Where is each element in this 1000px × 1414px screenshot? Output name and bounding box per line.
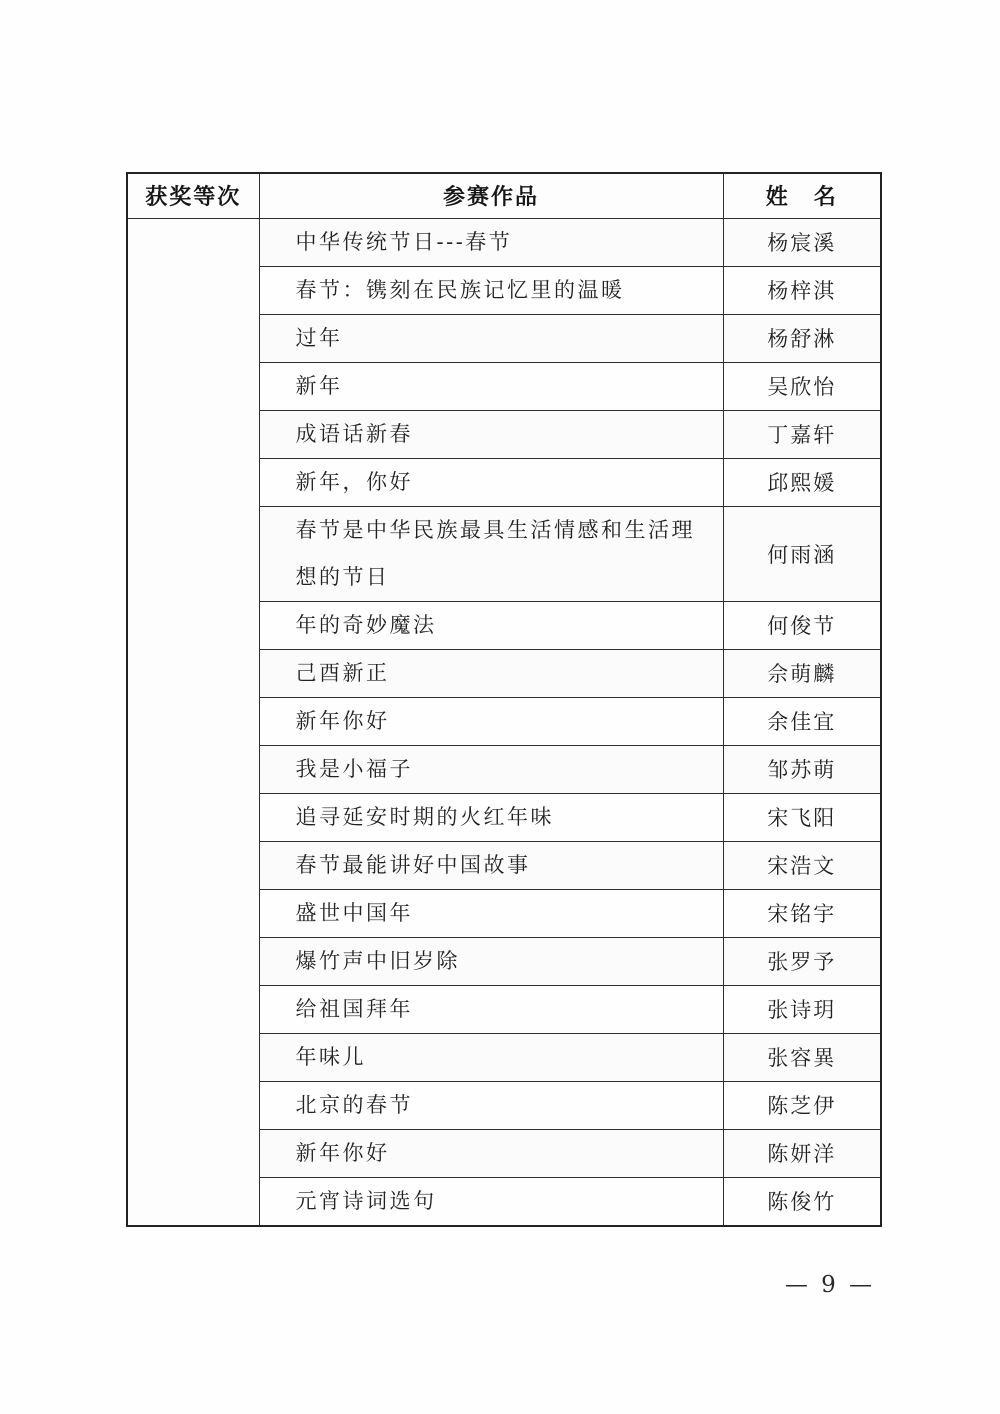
work-cell: 北京的春节 bbox=[259, 1081, 723, 1129]
name-cell: 张容異 bbox=[723, 1033, 881, 1081]
name-cell: 陈俊竹 bbox=[723, 1177, 881, 1226]
name-cell: 宋浩文 bbox=[723, 841, 881, 889]
name-cell: 邹苏萌 bbox=[723, 745, 881, 793]
work-cell: 元宵诗词选句 bbox=[259, 1177, 723, 1226]
header-entry-work: 参赛作品 bbox=[259, 173, 723, 218]
work-cell: 年味儿 bbox=[259, 1033, 723, 1081]
name-cell: 佘萌麟 bbox=[723, 649, 881, 697]
work-cell: 新年你好 bbox=[259, 697, 723, 745]
work-cell: 给祖国拜年 bbox=[259, 985, 723, 1033]
award-results-table: 获奖等次 参赛作品 姓 名 中华传统节日---春节 杨宸溪 春节：镌刻在民族记忆… bbox=[126, 172, 882, 1227]
name-cell: 吴欣怡 bbox=[723, 362, 881, 410]
name-cell: 丁嘉轩 bbox=[723, 410, 881, 458]
work-cell: 年的奇妙魔法 bbox=[259, 601, 723, 649]
name-cell: 何俊节 bbox=[723, 601, 881, 649]
document-page: 获奖等次 参赛作品 姓 名 中华传统节日---春节 杨宸溪 春节：镌刻在民族记忆… bbox=[0, 0, 1000, 1414]
header-award-level: 获奖等次 bbox=[127, 173, 259, 218]
work-cell: 追寻延安时期的火红年味 bbox=[259, 793, 723, 841]
name-cell: 陈妍洋 bbox=[723, 1129, 881, 1177]
award-level-merged-cell bbox=[127, 218, 259, 1226]
table-header-row: 获奖等次 参赛作品 姓 名 bbox=[127, 173, 881, 218]
name-cell: 杨宸溪 bbox=[723, 218, 881, 266]
work-cell: 中华传统节日---春节 bbox=[259, 218, 723, 266]
name-cell: 何雨涵 bbox=[723, 506, 881, 601]
work-cell: 成语话新春 bbox=[259, 410, 723, 458]
name-cell: 杨舒淋 bbox=[723, 314, 881, 362]
work-cell: 过年 bbox=[259, 314, 723, 362]
table-row: 中华传统节日---春节 杨宸溪 bbox=[127, 218, 881, 266]
name-cell: 杨梓淇 bbox=[723, 266, 881, 314]
name-cell: 宋铭宇 bbox=[723, 889, 881, 937]
work-cell: 新年，你好 bbox=[259, 458, 723, 506]
work-cell: 盛世中国年 bbox=[259, 889, 723, 937]
work-cell: 新年 bbox=[259, 362, 723, 410]
header-name: 姓 名 bbox=[723, 173, 881, 218]
work-cell: 春节最能讲好中国故事 bbox=[259, 841, 723, 889]
work-cell: 己酉新正 bbox=[259, 649, 723, 697]
work-cell: 新年你好 bbox=[259, 1129, 723, 1177]
work-cell: 我是小福子 bbox=[259, 745, 723, 793]
work-cell: 春节是中华民族最具生活情感和生活理想的节日 bbox=[259, 506, 723, 601]
name-cell: 张诗玥 bbox=[723, 985, 881, 1033]
page-number: — 9 — bbox=[770, 1272, 890, 1298]
name-cell: 余佳宜 bbox=[723, 697, 881, 745]
work-cell: 爆竹声中旧岁除 bbox=[259, 937, 723, 985]
name-cell: 张罗予 bbox=[723, 937, 881, 985]
name-cell: 邱熙媛 bbox=[723, 458, 881, 506]
name-cell: 宋飞阳 bbox=[723, 793, 881, 841]
work-cell: 春节：镌刻在民族记忆里的温暖 bbox=[259, 266, 723, 314]
name-cell: 陈芝伊 bbox=[723, 1081, 881, 1129]
